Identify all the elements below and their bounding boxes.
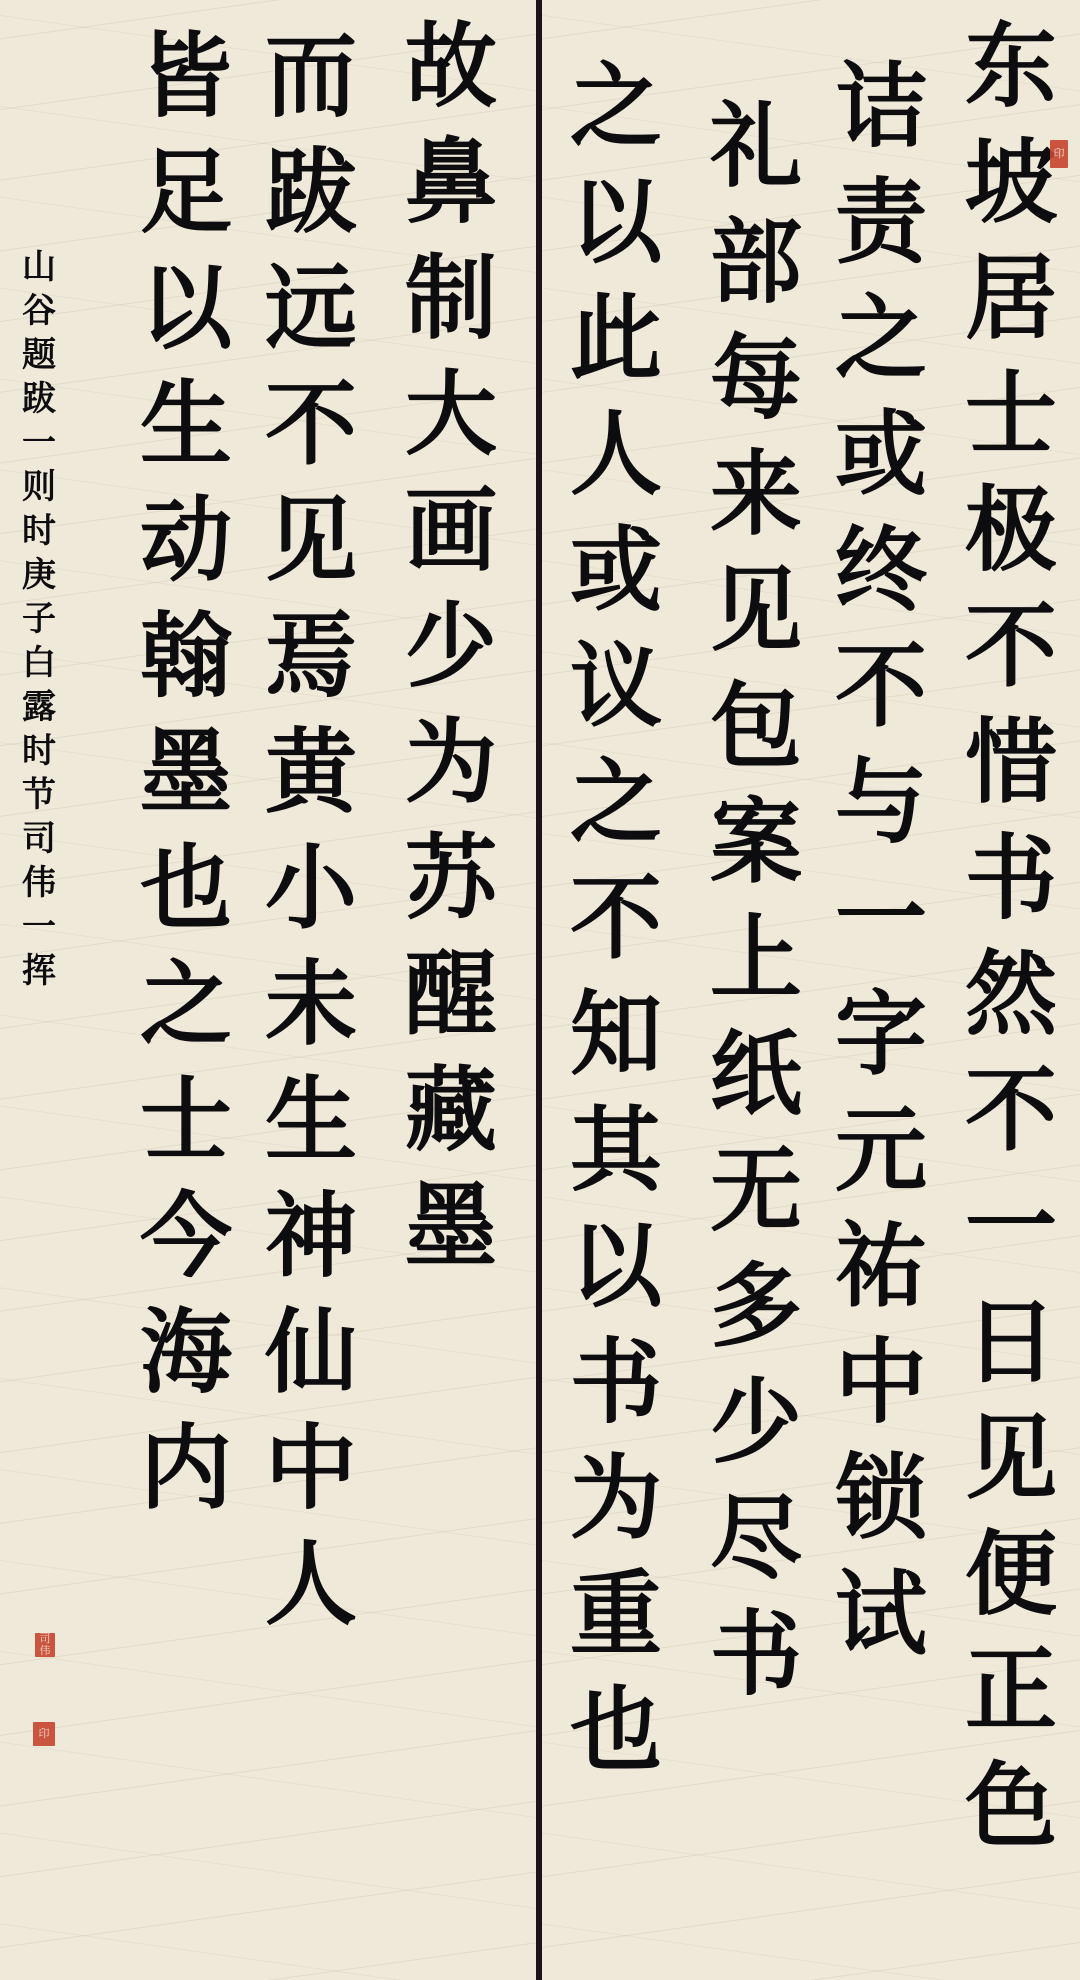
calligraphy-character: 跋 — [265, 146, 357, 238]
calligraphy-character: 大 — [405, 368, 497, 460]
calligraphy-character: 终 — [835, 524, 927, 616]
calligraphy-character: 藏 — [405, 1064, 497, 1156]
calligraphy-artwork: 东坡居士极不惜书然不一日见便正色 诘责之或终不与一字元祐中锁试 礼部每来见包案上… — [0, 0, 1080, 1980]
calligraphy-character: 黄 — [265, 726, 357, 818]
calligraphy-character: 未 — [265, 958, 357, 1050]
calligraphy-character: 人 — [265, 1538, 357, 1630]
calligraphy-character: 坡 — [965, 136, 1057, 228]
calligraphy-character: 一 — [965, 1180, 1057, 1272]
calligraphy-character: 一 — [22, 910, 56, 944]
calligraphy-column: 之以此人或议之不知其以书为重也 — [570, 60, 662, 1800]
calligraphy-character: 远 — [265, 262, 357, 354]
calligraphy-character: 跋 — [22, 382, 56, 416]
calligraphy-character: 案 — [710, 796, 802, 888]
calligraphy-character: 多 — [710, 1260, 802, 1352]
panel-divider — [536, 0, 542, 1980]
calligraphy-character: 诘 — [835, 60, 927, 152]
calligraphy-character: 少 — [405, 600, 497, 692]
calligraphy-character: 节 — [22, 778, 56, 812]
calligraphy-character: 为 — [405, 716, 497, 808]
calligraphy-character: 也 — [140, 842, 232, 934]
calligraphy-character: 之 — [570, 756, 662, 848]
calligraphy-character: 部 — [710, 216, 802, 308]
calligraphy-character: 日 — [965, 1296, 1057, 1388]
calligraphy-character: 内 — [140, 1422, 232, 1514]
calligraphy-character: 不 — [570, 872, 662, 964]
calligraphy-column: 东坡居士极不惜书然不一日见便正色 — [965, 20, 1057, 1876]
calligraphy-character: 为 — [570, 1452, 662, 1544]
calligraphy-character: 每 — [710, 332, 802, 424]
calligraphy-character: 谷 — [22, 294, 56, 328]
calligraphy-character: 而 — [265, 30, 357, 122]
calligraphy-column: 礼部每来见包案上纸无多少尽书 — [710, 100, 802, 1724]
calligraphy-character: 便 — [965, 1528, 1057, 1620]
calligraphy-character: 其 — [570, 1104, 662, 1196]
calligraphy-character: 居 — [965, 252, 1057, 344]
calligraphy-character: 中 — [835, 1336, 927, 1428]
calligraphy-character: 子 — [22, 602, 56, 636]
calligraphy-character: 小 — [265, 842, 357, 934]
calligraphy-character: 海 — [140, 1306, 232, 1398]
calligraphy-character: 以 — [570, 1220, 662, 1312]
calligraphy-character: 士 — [965, 368, 1057, 460]
calligraphy-character: 生 — [140, 378, 232, 470]
calligraphy-character: 礼 — [710, 100, 802, 192]
calligraphy-character: 极 — [965, 484, 1057, 576]
calligraphy-column: 而跋远不见焉黄小未生神仙中人 — [265, 30, 357, 1654]
calligraphy-character: 中 — [265, 1422, 357, 1514]
seal-stamp: 印 — [33, 1722, 55, 1746]
calligraphy-character: 动 — [140, 494, 232, 586]
calligraphy-character: 一 — [22, 426, 56, 460]
calligraphy-character: 或 — [835, 408, 927, 500]
calligraphy-column: 皆足以生动翰墨也之士今海内 — [140, 30, 232, 1538]
calligraphy-column: 诘责之或终不与一字元祐中锁试 — [835, 60, 927, 1684]
calligraphy-character: 来 — [710, 448, 802, 540]
seal-stamp: 印 — [1050, 140, 1068, 168]
calligraphy-character: 山 — [22, 250, 56, 284]
artist-inscription: 山谷题跋一则时庚子白露时节司伟一挥 — [22, 250, 56, 998]
calligraphy-character: 祐 — [835, 1220, 927, 1312]
calligraphy-character: 制 — [405, 252, 497, 344]
calligraphy-character: 不 — [965, 600, 1057, 692]
calligraphy-character: 然 — [965, 948, 1057, 1040]
calligraphy-character: 则 — [22, 470, 56, 504]
calligraphy-character: 纸 — [710, 1028, 802, 1120]
calligraphy-character: 尽 — [710, 1492, 802, 1584]
calligraphy-character: 今 — [140, 1190, 232, 1282]
calligraphy-character: 字 — [835, 988, 927, 1080]
calligraphy-character: 书 — [570, 1336, 662, 1428]
calligraphy-character: 书 — [710, 1608, 802, 1700]
calligraphy-character: 伟 — [22, 866, 56, 900]
calligraphy-character: 一 — [835, 872, 927, 964]
calligraphy-character: 见 — [965, 1412, 1057, 1504]
calligraphy-character: 责 — [835, 176, 927, 268]
calligraphy-character: 之 — [835, 292, 927, 384]
calligraphy-character: 以 — [140, 262, 232, 354]
calligraphy-character: 以 — [570, 176, 662, 268]
calligraphy-character: 东 — [965, 20, 1057, 112]
calligraphy-character: 墨 — [405, 1180, 497, 1272]
calligraphy-column: 故鼻制大画少为苏醒藏墨 — [405, 20, 497, 1296]
calligraphy-character: 正 — [965, 1644, 1057, 1736]
calligraphy-character: 上 — [710, 912, 802, 1004]
calligraphy-character: 画 — [405, 484, 497, 576]
calligraphy-character: 不 — [835, 640, 927, 732]
calligraphy-character: 时 — [22, 734, 56, 768]
calligraphy-character: 醒 — [405, 948, 497, 1040]
calligraphy-character: 之 — [140, 958, 232, 1050]
calligraphy-character: 题 — [22, 338, 56, 372]
calligraphy-character: 庚 — [22, 558, 56, 592]
calligraphy-character: 议 — [570, 640, 662, 732]
calligraphy-character: 知 — [570, 988, 662, 1080]
calligraphy-character: 见 — [265, 494, 357, 586]
calligraphy-character: 锁 — [835, 1452, 927, 1544]
calligraphy-character: 重 — [570, 1568, 662, 1660]
calligraphy-character: 焉 — [265, 610, 357, 702]
calligraphy-character: 墨 — [140, 726, 232, 818]
calligraphy-character: 神 — [265, 1190, 357, 1282]
calligraphy-character: 少 — [710, 1376, 802, 1468]
calligraphy-character: 人 — [570, 408, 662, 500]
calligraphy-character: 苏 — [405, 832, 497, 924]
calligraphy-character: 试 — [835, 1568, 927, 1660]
calligraphy-character: 书 — [965, 832, 1057, 924]
calligraphy-character: 仙 — [265, 1306, 357, 1398]
calligraphy-character: 也 — [570, 1684, 662, 1776]
calligraphy-character: 足 — [140, 146, 232, 238]
calligraphy-character: 故 — [405, 20, 497, 112]
calligraphy-character: 鼻 — [405, 136, 497, 228]
calligraphy-character: 挥 — [22, 954, 56, 988]
calligraphy-character: 色 — [965, 1760, 1057, 1852]
calligraphy-character: 白 — [22, 646, 56, 680]
calligraphy-character: 生 — [265, 1074, 357, 1166]
calligraphy-character: 元 — [835, 1104, 927, 1196]
calligraphy-character: 士 — [140, 1074, 232, 1166]
calligraphy-character: 露 — [22, 690, 56, 724]
calligraphy-character: 皆 — [140, 30, 232, 122]
calligraphy-character: 惜 — [965, 716, 1057, 808]
calligraphy-character: 之 — [570, 60, 662, 152]
calligraphy-character: 不 — [265, 378, 357, 470]
calligraphy-character: 不 — [965, 1064, 1057, 1156]
calligraphy-character: 包 — [710, 680, 802, 772]
calligraphy-character: 或 — [570, 524, 662, 616]
seal-stamp: 司伟 — [35, 1633, 55, 1657]
calligraphy-character: 与 — [835, 756, 927, 848]
calligraphy-character: 无 — [710, 1144, 802, 1236]
calligraphy-character: 此 — [570, 292, 662, 384]
calligraphy-character: 司 — [22, 822, 56, 856]
calligraphy-character: 见 — [710, 564, 802, 656]
calligraphy-character: 翰 — [140, 610, 232, 702]
calligraphy-character: 时 — [22, 514, 56, 548]
